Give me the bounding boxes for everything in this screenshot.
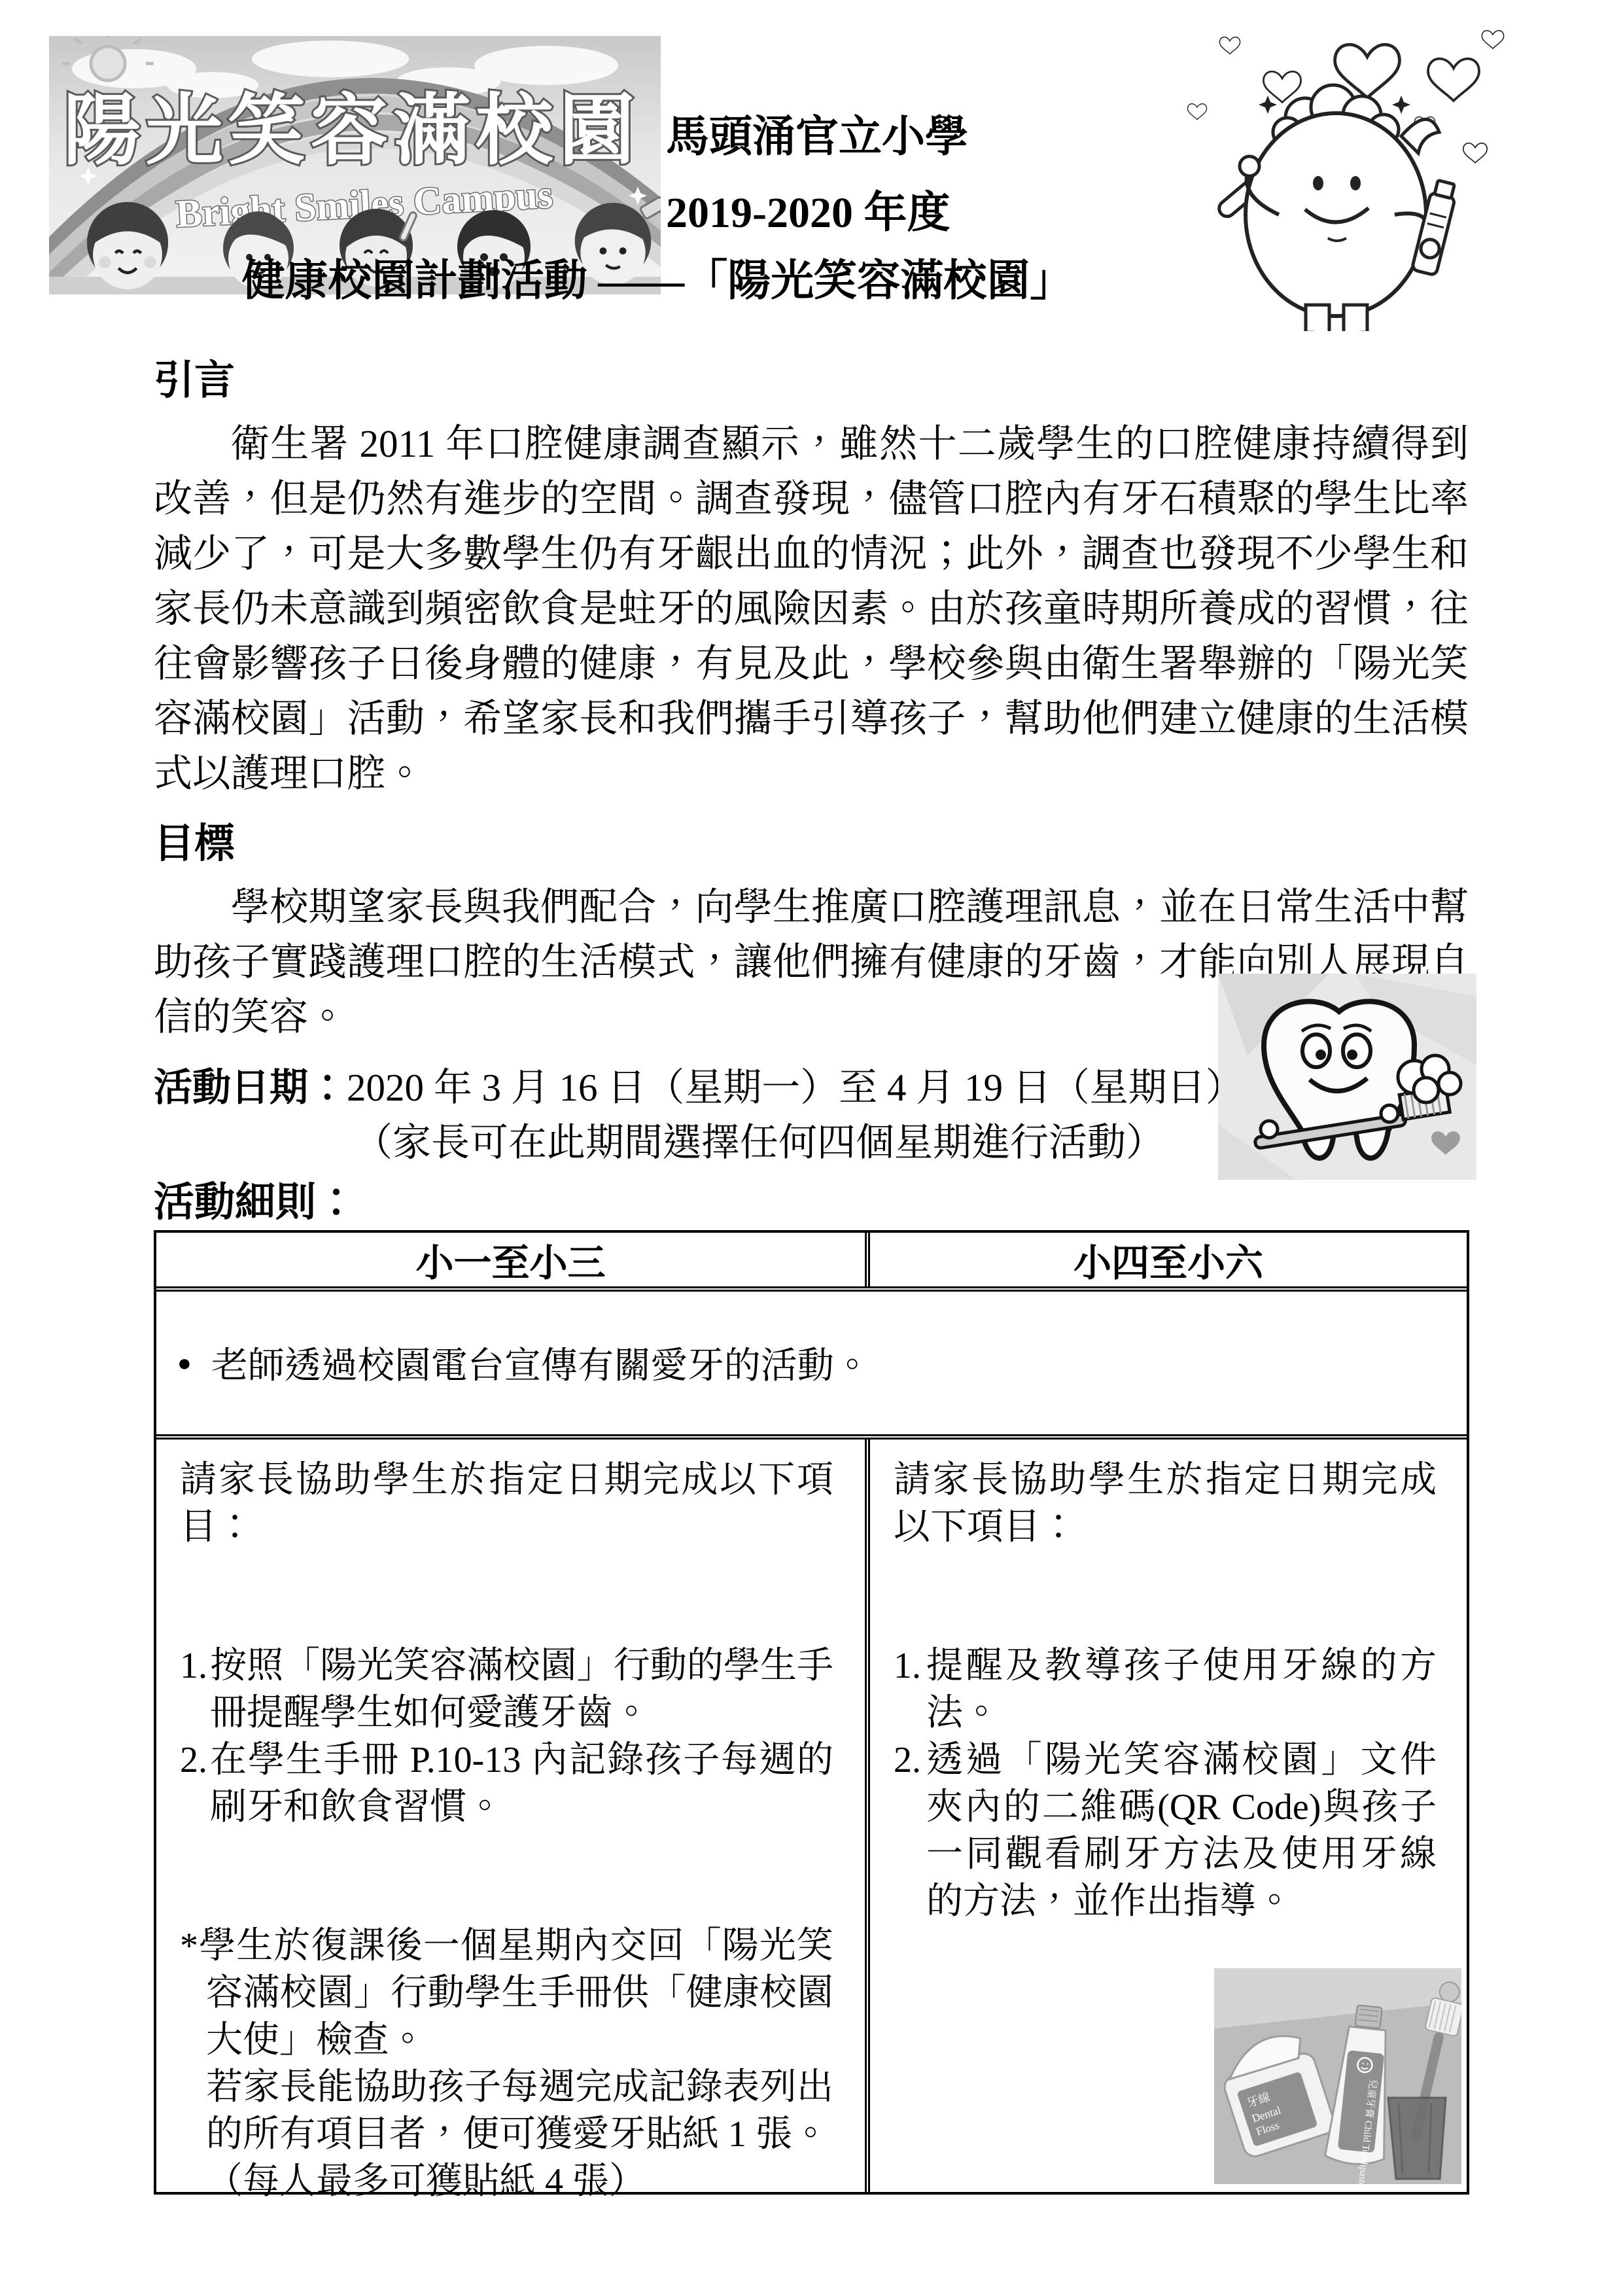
cell-p4-p6: 請家長協助學生於指定日期完成以下項目： 提醒及教導孩子使用牙線的方法。 透過「陽…: [870, 1439, 1467, 2192]
intro-paragraph: 衛生署 2011 年口腔健康調查顯示，雖然十二歲學生的口腔健康持續得到改善，但是…: [154, 416, 1469, 801]
tooth-hand-left: [1261, 1121, 1278, 1138]
right-item-list: 提醒及教導孩子使用牙線的方法。 透過「陽光笑容滿校園」文件夾內的二維碼(QR C…: [894, 1642, 1437, 1925]
left-intro: 請家長協助學生於指定日期完成以下項目：: [180, 1457, 833, 1551]
left-item-1: 按照「陽光笑容滿校園」行動的學生手冊提醒學生如何愛護牙齒。: [180, 1642, 833, 1737]
left-note-2: 若家長能協助孩子每週完成記錄表列出的所有項目者，便可獲愛牙貼紙 1 張。: [180, 2064, 833, 2158]
activity-details-label: 活動細則：: [154, 1175, 1469, 1230]
tooth-hand-right: [1381, 1105, 1398, 1122]
activity-date-label: 活動日期：: [154, 1066, 347, 1109]
mascot-hand-right: [1421, 239, 1439, 258]
left-note-3: （每人最多可獲貼紙 4 張）: [180, 2158, 833, 2205]
activity-date-value: 2020 年 3 月 16 日（星期一）至 4 月 19 日（星期日）: [347, 1066, 1244, 1109]
objective-heading: 目標: [154, 817, 1469, 872]
bright-smiles-banner-image: 陽光笑容滿校園 Bright Smiles Campus: [49, 36, 661, 294]
tooth-brushing-image: [1218, 974, 1476, 1180]
right-intro: 請家長協助學生於指定日期完成以下項目：: [894, 1457, 1437, 1551]
common-activity-text: 老師透過校園電台宣傳有關愛牙的活動。: [211, 1337, 871, 1389]
notice-title: 健康校園計劃活動 ——「陽光笑容滿校園」: [0, 256, 1315, 306]
mascot-hand-left: [1240, 156, 1259, 176]
dental-products-illustration: 牙線 Dental Floss 兒童牙膏 Child To: [1214, 1968, 1461, 2184]
right-item-1: 提醒及教導孩子使用牙線的方法。: [894, 1642, 1437, 1737]
table-header-p1-p3: 小一至小三: [156, 1233, 870, 1286]
banner-title-cn: 陽光笑容滿校園: [63, 88, 640, 174]
dental-products-image: 牙線 Dental Floss 兒童牙膏 Child To: [1214, 1968, 1461, 2184]
left-item-list: 按照「陽光笑容滿校園」行動的學生手冊提醒學生如何愛護牙齒。 在學生手冊 P.10…: [180, 1642, 833, 1831]
right-item-2: 透過「陽光笑容滿校園」文件夾內的二維碼(QR Code)與孩子一同觀看刷牙方法及…: [894, 1737, 1437, 1925]
left-note-1: *學生於復課後一個星期內交回「陽光笑容滿校園」行動學生手冊供「健康校園大使」檢查…: [180, 1922, 833, 2064]
notice-page: 陽光笑容滿校園 Bright Smiles Campus: [0, 0, 1623, 2296]
cell-p1-p3: 請家長協助學生於指定日期完成以下項目： 按照「陽光笑容滿校園」行動的學生手冊提醒…: [156, 1439, 870, 2192]
table-body-row: 請家長協助學生於指定日期完成以下項目： 按照「陽光笑容滿校園」行動的學生手冊提醒…: [156, 1439, 1467, 2192]
table-header-row: 小一至小三 小四至小六: [156, 1233, 1467, 1292]
school-name: 馬頭涌官立小學: [666, 113, 968, 162]
banner-illustration: 陽光笑容滿校園 Bright Smiles Campus: [49, 36, 661, 294]
table-common-row: ● 老師透過校園電台宣傳有關愛牙的活動。: [156, 1292, 1467, 1439]
bullet-icon: ●: [177, 1351, 192, 1375]
hair-tuft: [1401, 119, 1439, 153]
intro-heading: 引言: [154, 353, 1469, 408]
activity-table: 小一至小三 小四至小六 ● 老師透過校園電台宣傳有關愛牙的活動。 請家長協助學生…: [154, 1230, 1469, 2195]
left-item-2: 在學生手冊 P.10-13 內記錄孩子每週的刷牙和飲食習慣。: [180, 1737, 833, 1831]
table-header-p4-p6: 小四至小六: [870, 1233, 1467, 1286]
tooth-illustration: [1218, 974, 1476, 1180]
school-year: 2019-2020 年度: [666, 188, 950, 238]
